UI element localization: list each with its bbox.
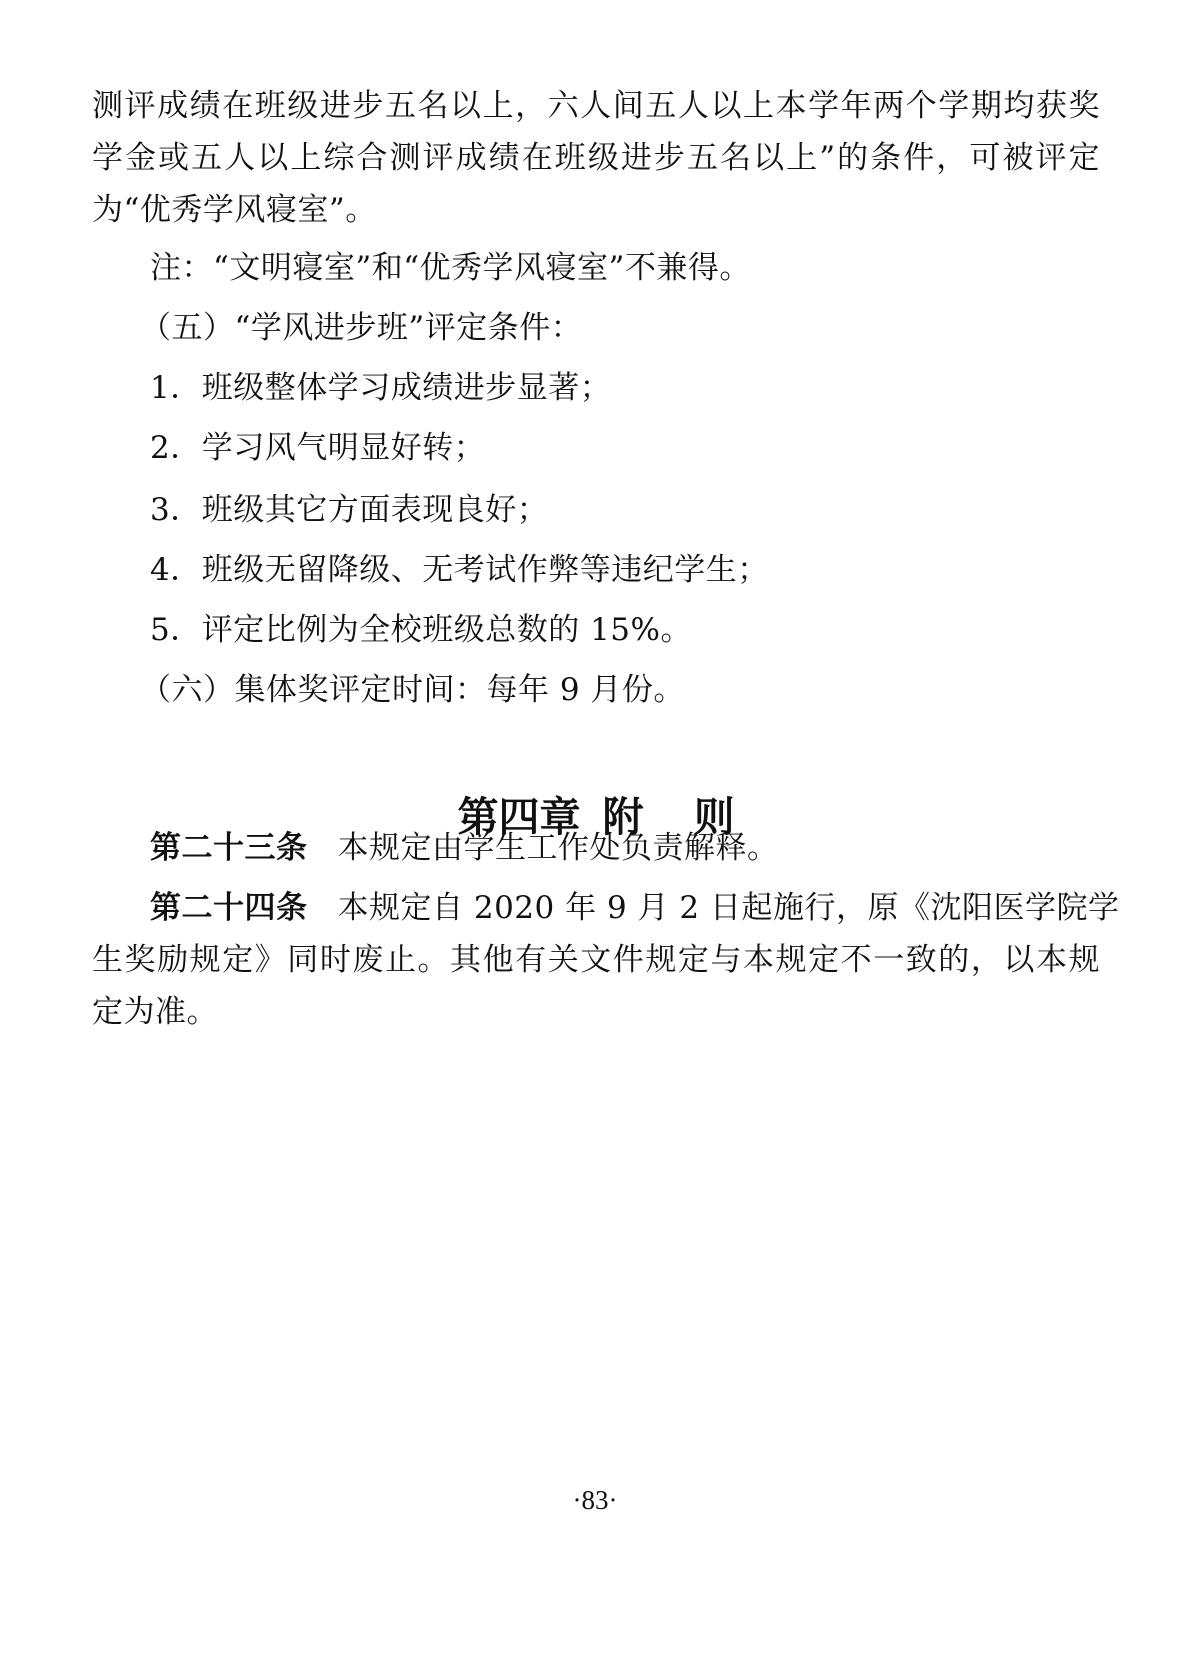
article-text: 本规定由学生工作处负责解释。 xyxy=(338,830,779,866)
section-five-heading: （五）“学风进步班”评定条件： xyxy=(140,308,582,348)
article-text: 本规定自 2020 年 9 月 2 日起施行，原《沈阳医学院学 xyxy=(338,890,1120,926)
note-text: 注：“文明寝室”和“优秀学风寝室”不兼得。 xyxy=(150,248,751,288)
list-item: 1．班级整体学习成绩进步显著； xyxy=(150,368,611,408)
list-item: 3．班级其它方面表现良好； xyxy=(150,490,548,530)
section-six-text: （六）集体奖评定时间：每年 9 月份。 xyxy=(140,670,685,710)
paragraph-line: 为“优秀学风寝室”。 xyxy=(92,190,377,230)
article-heading: 第二十四条 xyxy=(150,890,308,926)
list-item: 5．评定比例为全校班级总数的 15%。 xyxy=(150,610,692,650)
page-number: ·83· xyxy=(0,1484,1190,1516)
paragraph-line: 定为准。 xyxy=(92,992,218,1032)
paragraph-line: 测评成绩在班级进步五名以上，六人间五人以上本学年两个学期均获奖 xyxy=(92,86,1100,126)
article-heading: 第二十三条 xyxy=(150,830,308,866)
paragraph-line: 学金或五人以上综合测评成绩在班级进步五名以上”的条件，可被评定 xyxy=(92,138,1100,178)
article-23: 第二十三条本规定由学生工作处负责解释。 xyxy=(150,828,779,868)
list-item: 4．班级无留降级、无考试作弊等违纪学生； xyxy=(150,550,769,590)
article-24: 第二十四条本规定自 2020 年 9 月 2 日起施行，原《沈阳医学院学 xyxy=(150,888,1100,928)
list-item: 2．学习风气明显好转； xyxy=(150,428,485,468)
paragraph-line: 生奖励规定》同时废止。其他有关文件规定与本规定不一致的，以本规 xyxy=(92,940,1100,980)
